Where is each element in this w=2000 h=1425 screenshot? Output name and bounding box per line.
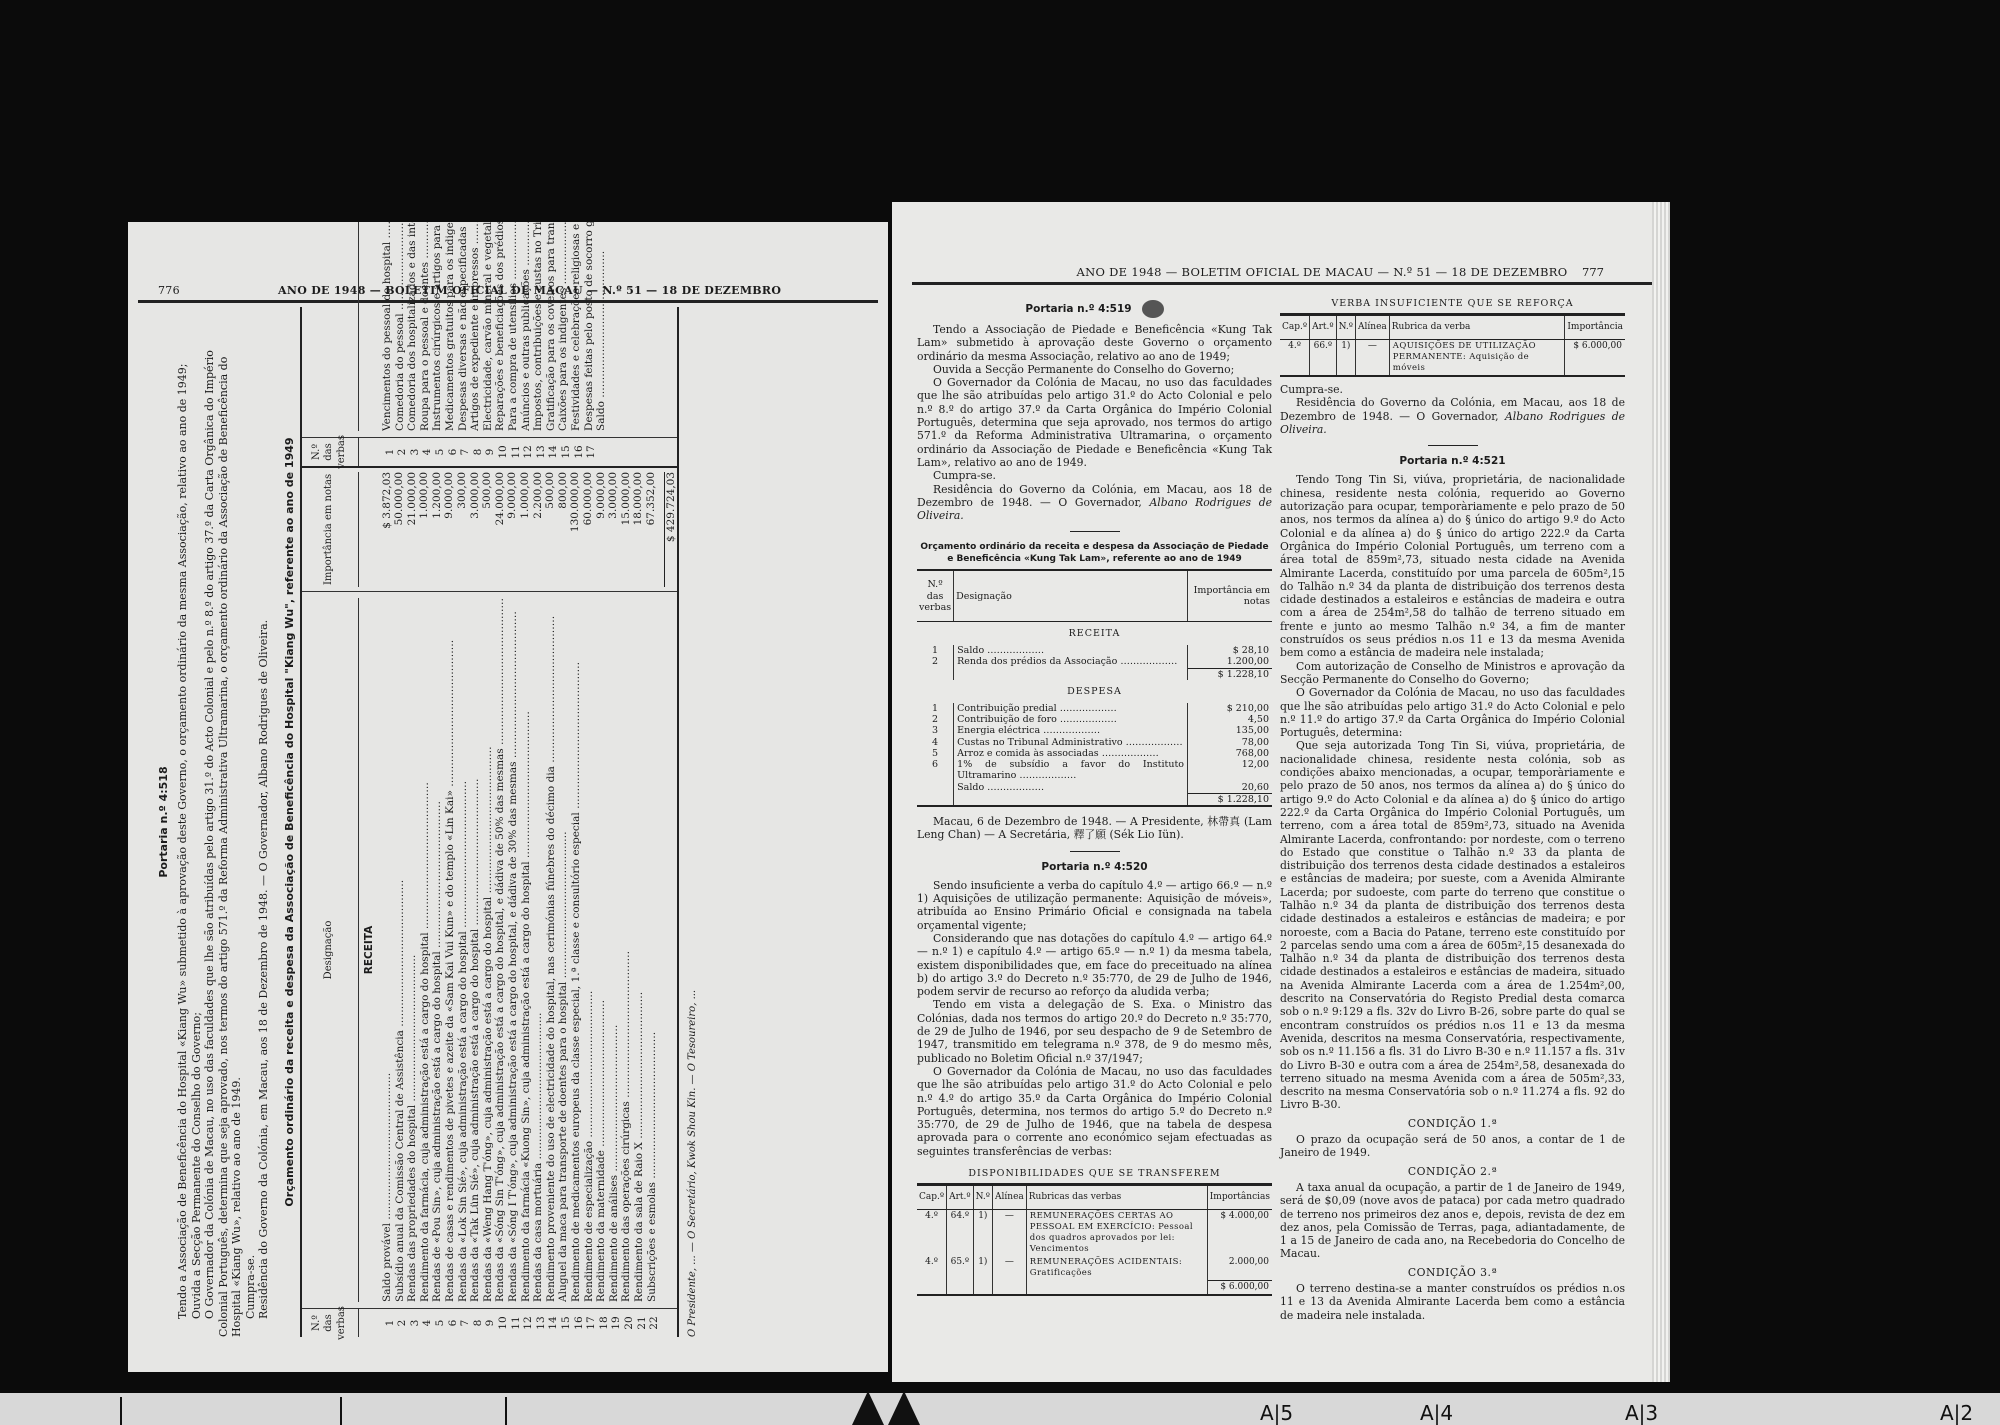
section-label: DESPESA	[917, 680, 1272, 703]
portaria-4521-title: Portaria n.º 4:521	[1280, 455, 1625, 468]
verba-amount: 300,00	[456, 472, 469, 587]
spacer	[371, 438, 384, 466]
verba-number: 14	[547, 438, 560, 466]
verba-designation: Saldo ………………	[954, 782, 1188, 794]
cell: —	[993, 1256, 1027, 1280]
cell: 1)	[973, 1210, 992, 1257]
column-header: N.º	[973, 1185, 992, 1210]
despesa-label: DESPESA	[363, 222, 376, 431]
verba-designation: Vencimentos do pessoal do hospital ………………	[381, 222, 394, 431]
verba-number: 5	[434, 438, 447, 466]
intro-paragraph: Residência do Governo da Colónia, em Mac…	[257, 307, 271, 1337]
verba-designation: Rendimento da maternidade ……………………………………	[595, 598, 608, 1302]
verba-designation: Rendimento de medicamentos europeus da c…	[570, 598, 583, 1302]
verba-designation: Festividades e celebrações religiosas e …	[570, 222, 583, 431]
verba-number: 16	[573, 1309, 586, 1337]
ink-stamp-icon	[1142, 300, 1164, 318]
verba-amount: 768,00	[1188, 748, 1273, 759]
verba-number: 1	[384, 1309, 397, 1337]
verba-number: 2	[396, 1309, 409, 1337]
verba-designation: Despesas diversas e não especificadas ………	[457, 222, 470, 431]
verba-number: 19	[610, 1309, 623, 1337]
amount: $ 4.000,00	[1207, 1210, 1272, 1257]
verba-designation: 1% de subsídio a favor do Instituto Ultr…	[954, 759, 1188, 781]
verba-amount: 135,00	[1188, 725, 1273, 736]
column-header: Cap.º	[1280, 315, 1310, 340]
verba-amount: 21.000,00	[406, 472, 419, 587]
right-page: ANO DE 1948 — BOLETIM OFICIAL DE MACAU —…	[892, 202, 1670, 1382]
transfer-table: DISPONIBILIDADES QUE SE TRANSFEREM Cap.º…	[917, 1164, 1272, 1296]
verba-amount: 12,00	[1188, 759, 1273, 781]
spacer	[359, 438, 372, 466]
verba-amount: $ 3.872,03	[381, 472, 394, 587]
verba-designation: Despesas feitas pelo posto de socorro gr…	[583, 222, 596, 431]
verba-amount: 18.000,00	[632, 472, 645, 587]
verba-amount: 9.000,00	[506, 472, 519, 587]
verba-amount: 500,00	[544, 472, 557, 587]
intro-paragraph: Cumpra-se.	[244, 307, 258, 1337]
cell	[917, 1280, 947, 1295]
verba-designation: Rendimento proveniente do uso de electri…	[545, 598, 558, 1302]
verba-designation: Rendas da casa mortuária ……………………………………	[532, 598, 545, 1302]
reinforce-table: VERBA INSUFICIENTE QUE SE REFORÇA Cap.ºA…	[1280, 294, 1625, 377]
receita-total: $ 429.724,03	[664, 472, 678, 587]
table-row: 4.º66.º1)—AQUISIÇÕES DE UTILIZAÇÃO PERMA…	[1280, 340, 1625, 377]
table-row: Saldo ………………20,60	[917, 782, 1272, 794]
kung-tak-lam-budget-table: Orçamento ordinário da receita e despesa…	[917, 541, 1272, 806]
film-strip: A|5 A|4 A|3 A|2	[0, 1393, 2000, 1425]
receita-label: RECEITA	[363, 598, 376, 1302]
verba-designation: Para a compra de utensílios …………………………………	[507, 222, 520, 431]
verba-designation: Rendas da «Tak Lün Sié», cuja administra…	[469, 598, 482, 1302]
kiang-wu-budget-title: Orçamento ordinário da receita e despesa…	[283, 307, 296, 1337]
paragraph: Ouvida a Secção Permanente do Conselho d…	[917, 363, 1272, 376]
verba-designation: Saldo ……………………………………	[595, 222, 608, 431]
verba-amount: 60.000,00	[582, 472, 595, 587]
column-header: Rubrica da verba	[1389, 315, 1565, 340]
verba-designation: Rendas da «Sóng I T'óng», cuja administr…	[507, 598, 520, 1302]
right-running-header: ANO DE 1948 — BOLETIM OFICIAL DE MACAU —…	[1042, 265, 1602, 279]
portaria-4520-title: Portaria n.º 4:520	[917, 861, 1272, 874]
paragraph: Tendo em vista a delegação de S. Exa. o …	[917, 998, 1272, 1064]
right-column-2: VERBA INSUFICIENTE QUE SE REFORÇA Cap.ºA…	[1280, 294, 1625, 1322]
condition-text: A taxa anual da ocupação, a partir de 1 …	[1280, 1181, 1625, 1261]
verba-amount: 500,00	[481, 472, 494, 587]
verba-number: 11	[510, 438, 523, 466]
kiang-wu-signature: O Presidente, ... — O Secretário, Kwok S…	[687, 307, 698, 1337]
verba-amount: 800,00	[557, 472, 570, 587]
verba-amount: $ 28,10	[1188, 645, 1273, 656]
verba-designation: Impostos, contribuições e custas no Trib…	[532, 222, 545, 431]
verba-number: 2	[917, 714, 954, 725]
separator	[1428, 445, 1478, 446]
column-header: Art.º	[1310, 315, 1337, 340]
rubric: AQUISIÇÕES DE UTILIZAÇÃO PERMANENTE: Aqu…	[1389, 340, 1565, 377]
verba-designation: Roupa para o pessoal e doentes …………………………	[419, 222, 432, 431]
verba-amount: 1.000,00	[519, 472, 532, 587]
table-row: 4.º65.º1)—REMUNERAÇÕES ACIDENTAIS: Grati…	[917, 1256, 1272, 1280]
condition-text: O terreno destina-se a manter construído…	[1280, 1282, 1625, 1322]
verba-designation: Contribuição predial ………………	[954, 703, 1188, 714]
cell: 4.º	[917, 1210, 947, 1257]
cell: —	[1356, 340, 1390, 377]
verba-designation: Rendimento da sala de Raio X ………………………………	[633, 598, 646, 1302]
verba-number: 16	[573, 438, 586, 466]
table-row: 1Saldo ………………$ 28,10	[917, 645, 1272, 656]
verba-designation: Subscrições e esmolas ……………………………………	[646, 598, 659, 1302]
verba-number: 10	[497, 1309, 510, 1337]
verba-number: 17	[585, 438, 598, 466]
verba-designation: Electricidade, carvão mineral e vegetal …	[482, 222, 495, 431]
cell: 4.º	[917, 1256, 947, 1280]
portaria-4521-body: Tendo Tong Tin Si, viúva, proprietária, …	[1280, 473, 1625, 1111]
paragraph: O Governador da Colónia de Macau, no uso…	[917, 1065, 1272, 1158]
table-row: 5Arroz e comida às associadas ………………768,…	[917, 748, 1272, 759]
verba-number: 6	[447, 438, 460, 466]
verba-amount: 4,50	[1188, 714, 1273, 725]
cell: 66.º	[1310, 340, 1337, 377]
despesa-half: N.º das verbas 1234567891011121314151617…	[302, 222, 678, 468]
left-page: 776 ANO DE 1948 — BOLETIM OFICIAL DE MAC…	[128, 222, 888, 1372]
portaria-4518-title: Portaria n.º 4:518	[157, 307, 170, 1337]
paragraph: O Governador da Colónia de Macau, no uso…	[917, 376, 1272, 469]
verba-number: 17	[585, 1309, 598, 1337]
verba-amount: 67.352,00	[645, 472, 658, 587]
verba-number: 12	[522, 438, 535, 466]
verba-number: 22	[648, 1309, 661, 1337]
arrow-left-icon	[852, 1391, 884, 1425]
cell	[993, 1280, 1027, 1295]
verba-number: 13	[535, 1309, 548, 1337]
condition-title: CONDIÇÃO 1.ª	[1280, 1117, 1625, 1130]
section-label: RECEITA	[917, 622, 1272, 646]
cell: —	[993, 1210, 1027, 1257]
intro-paragraph: Tendo a Associação de Beneficência do Ho…	[176, 307, 190, 1337]
verba-designation: Rendimento de análises ……………………………………	[608, 598, 621, 1302]
table-row: 1Contribuição predial ………………$ 210,00	[917, 703, 1272, 714]
table-row: 4Custas no Tribunal Administrativo ………………	[917, 737, 1272, 748]
cell	[973, 1280, 992, 1295]
column-header: Importância	[1565, 315, 1625, 340]
verba-designation: Reparações e beneficiações dos prédios d…	[494, 222, 507, 431]
total-row: $ 1.228,10	[917, 793, 1272, 806]
receita-half: N.º das verbas 1234567891011121314151617…	[302, 468, 678, 1337]
verba-designation: Aluguel da maca para transporte de doent…	[557, 598, 570, 1302]
verba-designation: Rendimento das operações cirúrgicas ……………	[620, 598, 633, 1302]
header-rule	[912, 282, 1652, 285]
intro-paragraph: O Governador da Colónia de Macau, no uso…	[203, 307, 244, 1337]
verba-amount: 50.000,00	[393, 472, 406, 587]
verba-designation: Rendimento da farmácia, cuja administraç…	[419, 598, 432, 1302]
verba-amount: 3.000,00	[469, 472, 482, 587]
verba-number: 10	[497, 438, 510, 466]
paragraph: Cumpra-se.	[917, 469, 1272, 482]
paragraph: Sendo insuficiente a verba do capítulo 4…	[917, 879, 1272, 932]
verba-designation: Gratificação para os coveiros para trans…	[545, 222, 558, 431]
paragraph: Considerando que nas dotações do capítul…	[917, 932, 1272, 998]
verba-designation: Artigos de expediente e impressos …………………	[469, 222, 482, 431]
cell: 4.º	[1280, 340, 1310, 377]
paragraph: Que seja autorizada Tong Tin Si, viúva, …	[1280, 739, 1625, 1111]
verba-amount: 3.000,00	[607, 472, 620, 587]
verba-number: 5	[434, 1309, 447, 1337]
verba-designation: Rendas da «Sóng Sin T'óng», cuja adminis…	[494, 598, 507, 1302]
cell	[1026, 1280, 1207, 1295]
verba-designation: Arroz e comida às associadas ………………	[954, 748, 1188, 759]
column-header: Art.º	[947, 1185, 974, 1210]
verba-designation: Rendimento de especialização ………………………………	[583, 598, 596, 1302]
condition-title: CONDIÇÃO 3.ª	[1280, 1266, 1625, 1279]
cell: 65.º	[947, 1256, 974, 1280]
verba-number: 1	[384, 438, 397, 466]
portaria-4520-body: Sendo insuficiente a verba do capítulo 4…	[917, 879, 1272, 1158]
verba-amount: 78,00	[1188, 737, 1273, 748]
verba-designation: Comedoria dos hospitalizados e das inter…	[406, 222, 419, 431]
portaria-4519-residence: Residência do Governo da Colónia, em Mac…	[917, 483, 1272, 523]
cell: 1)	[1336, 340, 1355, 377]
verba-amount: 20,60	[1188, 782, 1273, 794]
verba-designation: Custas no Tribunal Administrativo ………………	[954, 737, 1188, 748]
verba-number: 6	[447, 1309, 460, 1337]
cell	[954, 668, 1188, 680]
verba-designation: Rendas de casas e rendimentos de pivetes…	[444, 598, 457, 1302]
paragraph: Tendo a Associação de Piedade e Beneficê…	[917, 323, 1272, 363]
page-edge	[1652, 202, 1670, 1382]
portaria-4520-residence: Residência do Governo da Colónia, em Mac…	[1280, 396, 1625, 436]
verba-amount: 130.000,00	[569, 472, 582, 587]
right-page-number: 777	[1582, 265, 1604, 279]
separator	[1070, 531, 1120, 532]
section-row: RECEITA	[917, 622, 1272, 646]
verba-number: 7	[459, 438, 472, 466]
cell	[954, 793, 1188, 806]
verba-designation: Rendas de «Pou Sin», cuja administração …	[431, 598, 444, 1302]
paragraph: Com autorização de Conselho de Ministros…	[1280, 660, 1625, 687]
verba-amount: 1.200,00	[1188, 656, 1273, 668]
spacer	[371, 1309, 384, 1337]
verba-number: 15	[560, 1309, 573, 1337]
verba-designation: Rendas da «Weng Hang T'óng», cuja admini…	[482, 598, 495, 1302]
table-row: 3Energia eléctrica ………………135,00	[917, 725, 1272, 736]
verba-amount: 9.000,00	[595, 472, 608, 587]
verba-number: 21	[636, 1309, 649, 1337]
verba-number: 15	[560, 438, 573, 466]
amount: $ 6.000,00	[1565, 340, 1625, 377]
verba-number: 11	[510, 1309, 523, 1337]
section-row: DESPESA	[917, 680, 1272, 703]
verba-number: 1	[917, 645, 954, 656]
verba-number: 4	[917, 737, 954, 748]
verba-designation: Anúncios e outras publicações ……………………………	[520, 222, 533, 431]
left-page-number: 776	[158, 284, 180, 297]
intro-paragraph: Ouvida a Secção Permanente do Conselho d…	[190, 307, 204, 1337]
verba-number: 4	[421, 1309, 434, 1337]
verba-designation: Energia eléctrica ………………	[954, 725, 1188, 736]
paragraph: Tendo Tong Tin Si, viúva, proprietária, …	[1280, 473, 1625, 659]
verba-amount: 15.000,00	[620, 472, 633, 587]
verba-amount: 1.200,00	[431, 472, 444, 587]
cell: 64.º	[947, 1210, 974, 1257]
portaria-4519-title: Portaria n.º 4:519	[917, 300, 1272, 318]
rubric: REMUNERAÇÕES ACIDENTAIS: Gratificações	[1026, 1256, 1207, 1280]
arrow-right-icon	[888, 1391, 920, 1425]
verba-amount: 1.000,00	[418, 472, 431, 587]
table-row: 4.º64.º1)—REMUNERAÇÕES CERTAS AO PESSOAL…	[917, 1210, 1272, 1257]
column-header: Alínea	[993, 1185, 1027, 1210]
verba-number	[917, 782, 954, 794]
verba-designation: Comedoria do pessoal ……………………………………	[394, 222, 407, 431]
kung-tak-lam-signature: Macau, 6 de Dezembro de 1948. — A Presid…	[917, 815, 1272, 842]
table-row: 2Contribuição de foro ………………4,50	[917, 714, 1272, 725]
verba-designation: Rendas da «Lok Sin Sié», cuja administra…	[457, 598, 470, 1302]
verba-number: 9	[484, 438, 497, 466]
total-amount: $ 1.228,10	[1188, 793, 1273, 806]
amount: 2.000,00	[1207, 1256, 1272, 1280]
verba-amount: 9.000,00	[443, 472, 456, 587]
verba-number: 8	[472, 438, 485, 466]
spacer	[359, 1309, 372, 1337]
verba-number: 6	[917, 759, 954, 781]
total-row: $ 6.000,00	[917, 1280, 1272, 1295]
kiang-wu-budget-table: N.º das verbas 1234567891011121314151617…	[300, 307, 680, 1337]
verba-designation: Rendimento da farmácia «Kuong Sin», cuja…	[520, 598, 533, 1302]
cell: 1)	[973, 1256, 992, 1280]
verba-number: 13	[535, 438, 548, 466]
verba-number: 14	[547, 1309, 560, 1337]
verba-number: 5	[917, 748, 954, 759]
total-row: $ 1.228,10	[917, 668, 1272, 680]
column-header: Alínea	[1356, 315, 1390, 340]
total-amount: $ 1.228,10	[1188, 668, 1273, 680]
separator	[1070, 851, 1120, 852]
verba-number: 12	[522, 1309, 535, 1337]
verba-number: 2	[917, 656, 954, 668]
verba-designation: Saldo provável ……………………………………	[381, 598, 394, 1302]
verba-number: 18	[598, 1309, 611, 1337]
verba-number: 4	[421, 438, 434, 466]
table-row: 2Renda dos prédios da Associação ………………1…	[917, 656, 1272, 668]
cell	[917, 793, 954, 806]
condition-title: CONDIÇÃO 2.ª	[1280, 1165, 1625, 1178]
verba-amount: 2.200,00	[532, 472, 545, 587]
condition-text: O prazo da ocupação será de 50 anos, a c…	[1280, 1133, 1625, 1160]
portaria-4519-body: Tendo a Associação de Piedade e Beneficê…	[917, 323, 1272, 483]
rubric: REMUNERAÇÕES CERTAS AO PESSOAL EM EXERCÍ…	[1026, 1210, 1207, 1257]
column-header: Importâncias	[1207, 1185, 1272, 1210]
verba-number: 9	[484, 1309, 497, 1337]
verba-designation: Instrumentos cirúrgicos e artigos para u…	[431, 222, 444, 431]
verba-number: 3	[917, 725, 954, 736]
column-header: N.º	[1336, 315, 1355, 340]
paragraph: O Governador da Colónia de Macau, no uso…	[1280, 686, 1625, 739]
verba-designation: Subsídio anual da Comissão Central de As…	[394, 598, 407, 1302]
verba-designation: Saldo ………………	[954, 645, 1188, 656]
total-amount: $ 6.000,00	[1207, 1280, 1272, 1295]
verba-designation: Medicamentos gratuitos para os indigente…	[444, 222, 457, 431]
verba-number: 8	[472, 1309, 485, 1337]
portaria-4518-intro: Tendo a Associação de Beneficência do Ho…	[176, 307, 271, 1337]
verba-designation: Rendas das propriedades do hospital ……………	[406, 598, 419, 1302]
verba-number: 2	[396, 438, 409, 466]
verba-amount: $ 210,00	[1188, 703, 1273, 714]
verba-number: 3	[409, 1309, 422, 1337]
verba-number: 3	[409, 438, 422, 466]
cell	[947, 1280, 974, 1295]
column-header: Rubricas das verbas	[1026, 1185, 1207, 1210]
verba-number: 1	[917, 703, 954, 714]
column-header: Cap.º	[917, 1185, 947, 1210]
verba-designation: Caixões para os indigentes ……………………………………	[557, 222, 570, 431]
verba-number: 20	[623, 1309, 636, 1337]
table-row: 61% de subsídio a favor do Instituto Ult…	[917, 759, 1272, 781]
verba-designation: Contribuição de foro ………………	[954, 714, 1188, 725]
verba-amount: 24.000,00	[494, 472, 507, 587]
cell	[917, 668, 954, 680]
verba-designation: Renda dos prédios da Associação ………………	[954, 656, 1188, 668]
right-column-1: Portaria n.º 4:519 Tendo a Associação de…	[917, 294, 1272, 1302]
verba-number: 7	[459, 1309, 472, 1337]
portaria-4521-conditions: CONDIÇÃO 1.ªO prazo da ocupação será de …	[1280, 1117, 1625, 1322]
rotated-content: Portaria n.º 4:518 Tendo a Associação de…	[153, 307, 853, 1337]
